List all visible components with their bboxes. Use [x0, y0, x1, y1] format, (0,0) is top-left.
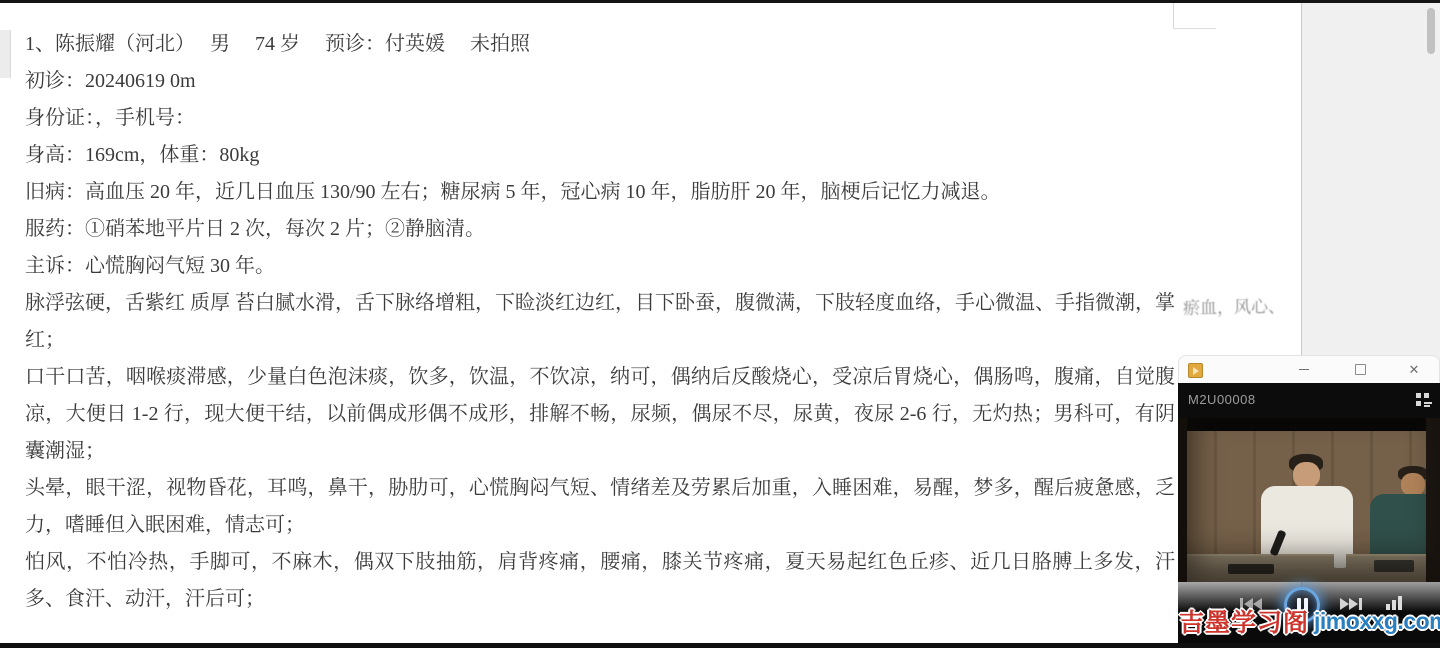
minimize-button[interactable] — [1287, 356, 1321, 383]
doc-line-digestive: 口干口苦，咽喉痰滞感，少量白色泡沫痰，饮多，饮温，不饮凉，纳可，偶纳后反酸烧心，… — [25, 359, 1175, 470]
document-page[interactable]: 1、陈振耀（河北） 男 74 岁 预诊：付英媛 未拍照 初诊：20240619 … — [25, 26, 1175, 618]
doc-line-id: 身份证：，手机号： — [25, 100, 1175, 137]
watermark-url: jimoxxg.com — [1314, 608, 1440, 635]
scrollbar-thumb[interactable] — [1427, 8, 1435, 54]
top-black-strip — [0, 0, 1440, 3]
margin-annotation: 瘀血，风心、 — [1183, 292, 1285, 319]
left-edge-ui-fragment — [0, 30, 11, 78]
watermark: 吉墨学习阁 jimoxxg.com — [1179, 603, 1440, 639]
doc-line-head-sleep: 头晕，眼干涩，视物昏花，耳鸣，鼻干，胁肋可，心慌胸闷气短、情绪差及劳累后加重，入… — [25, 470, 1175, 544]
doc-line-medication: 服药：①硝苯地平片日 2 次，每次 2 片；②静脑清。 — [25, 211, 1175, 248]
doc-line-first-visit: 初诊：20240619 0m — [25, 63, 1175, 100]
doc-line-height-weight: 身高：169cm，体重：80kg — [25, 137, 1175, 174]
doc-line-chief-complaint: 主诉：心慌胸闷气短 30 年。 — [25, 248, 1175, 285]
player-app-icon — [1188, 363, 1203, 378]
doc-line-pulse-tongue: 脉浮弦硬，舌紫红 质厚 苔白腻水滑，舌下脉络增粗，下睑淡红边红，目下卧蚕，腹微满… — [25, 285, 1175, 359]
player-titlebar[interactable]: ✕ — [1178, 355, 1440, 383]
video-vignette — [1178, 418, 1440, 582]
cursor-artifact-vertical — [1173, 2, 1174, 28]
clip-title: M2U00008 — [1188, 392, 1256, 407]
maximize-button[interactable] — [1343, 356, 1377, 383]
bottom-black-strip — [0, 643, 1440, 648]
watermark-chinese: 吉墨学习阁 — [1179, 603, 1309, 639]
video-frame[interactable] — [1178, 418, 1440, 582]
cursor-artifact-horizontal — [1173, 28, 1216, 29]
screen: 1、陈振耀（河北） 男 74 岁 预诊：付英媛 未拍照 初诊：20240619 … — [0, 0, 1440, 648]
doc-line-patient-header: 1、陈振耀（河北） 男 74 岁 预诊：付英媛 未拍照 — [25, 26, 1175, 63]
doc-line-history: 旧病：高血压 20 年，近几日血压 130/90 左右；糖尿病 5 年，冠心病 … — [25, 174, 1175, 211]
playlist-grid-icon[interactable] — [1416, 393, 1432, 407]
doc-line-body-sweat: 怕风，不怕冷热，手脚可，不麻木，偶双下肢抽筋，肩背疼痛，腰痛，膝关节疼痛，夏天易… — [25, 544, 1175, 618]
player-playlist-bar: M2U00008 — [1178, 383, 1440, 418]
close-button[interactable]: ✕ — [1397, 356, 1431, 383]
